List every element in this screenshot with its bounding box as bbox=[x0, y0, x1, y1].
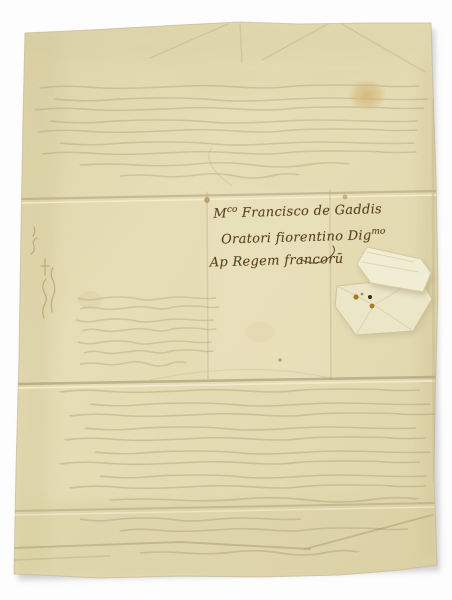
address-line2-superscript: mo bbox=[371, 227, 385, 237]
address-line-2: Oratori fiorentino Digmo bbox=[221, 221, 386, 252]
address-line2-main: Oratori fiorentino Dig bbox=[221, 229, 372, 248]
letter-photo: Mco Francisco de Gaddis Oratori fiorenti… bbox=[0, 0, 452, 600]
address-line1-initial: M bbox=[213, 206, 227, 221]
paper-grain bbox=[0, 0, 452, 600]
address-block: Mco Francisco de Gaddis Oratori fiorenti… bbox=[213, 195, 386, 274]
address-line1-rest: Francisco de Gaddis bbox=[237, 202, 382, 221]
address-line1-superscript: co bbox=[227, 205, 238, 215]
letter-artwork bbox=[0, 0, 452, 600]
address-line3-main: Ap Regem francorū bbox=[210, 251, 344, 270]
